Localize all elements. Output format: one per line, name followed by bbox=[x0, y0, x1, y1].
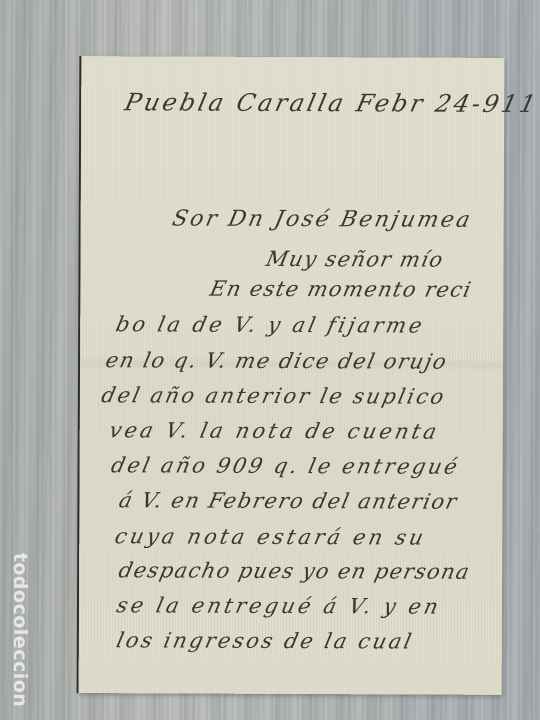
letter-body-line: los ingresos de la cual bbox=[114, 628, 416, 653]
letter-body-line: á V. en Febrero del anterior bbox=[117, 488, 460, 513]
letter-body-line: despacho pues yo en persona bbox=[117, 558, 473, 584]
letter-paper: Puebla Caralla Febr 24-911 Sor Dn José B… bbox=[79, 56, 505, 695]
letter-header-date: Puebla Caralla Febr 24-911 bbox=[122, 88, 540, 118]
letter-body-line: cuya nota estará en su bbox=[113, 524, 429, 549]
letter-body-line: se la entregué á V. y en bbox=[114, 593, 443, 618]
watermark-text: todocoleccion bbox=[9, 553, 31, 708]
letter-greeting: Muy señor mío bbox=[264, 247, 446, 272]
letter-body-line: del año 909 q. le entregué bbox=[109, 453, 462, 478]
letter-body-line: bo la de V. y al fijarme bbox=[114, 312, 428, 337]
letter-salutation: Sor Dn José Benjumea bbox=[170, 206, 475, 232]
letter-body-line: vea V. la nota de cuenta bbox=[107, 418, 442, 443]
letter-body-line: del año anterior le suplico bbox=[99, 383, 448, 408]
letter-body-line: En este momento reci bbox=[208, 277, 475, 302]
letter-body-line: en lo q. V. me dice del orujo bbox=[103, 348, 450, 373]
todocoleccion-watermark: todocoleccion bbox=[5, 545, 35, 715]
